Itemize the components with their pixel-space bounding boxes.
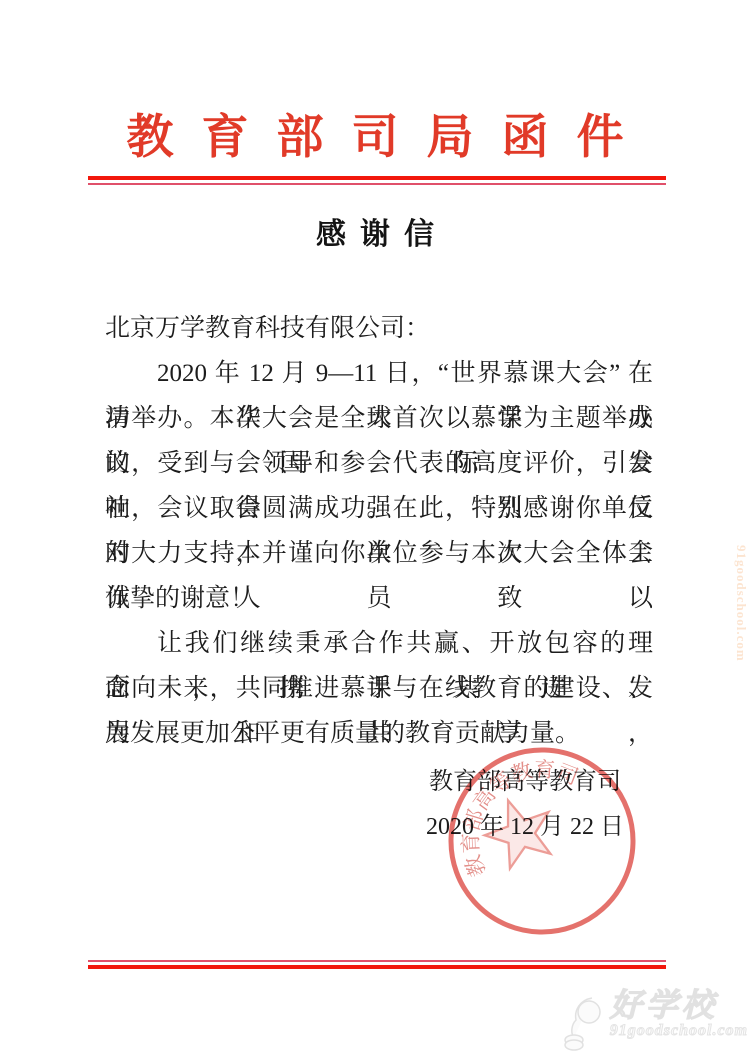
watermark-logo-text: 好学校 (610, 988, 718, 1022)
side-watermark: 91goodschool.com (733, 545, 749, 662)
letter-title: 感谢信 (0, 209, 750, 253)
letter-line: 让我们继续秉承合作共赢、开放包容的理念，携手共进、 (105, 621, 653, 666)
salutation: 北京万学教育科技有限公司： (105, 306, 653, 351)
rule-thick-line (88, 965, 666, 969)
mascot-icon (562, 994, 606, 1052)
letter-line: 议，受到与会领导和参会代表的高度评价，引发社会强烈反 (105, 441, 653, 486)
signature-block: 教育部高等教育司 2020 年 12 月 22 日 (405, 762, 645, 852)
letterhead-title: 教育部司局函件 (0, 100, 750, 167)
footer-double-rule (88, 960, 666, 969)
signature-org: 教育部高等教育司 (405, 762, 645, 807)
header-double-rule (88, 176, 666, 185)
letter-line: 功举办。本次大会是全球首次以慕课为主题举办的国际会 (105, 396, 653, 441)
letter-line: 响，会议取得圆满成功。在此，特别感谢你单位对本次大会 (105, 486, 653, 531)
letter-body: 北京万学教育科技有限公司： 2020 年 12 月 9—11 日，“世界慕课大会… (105, 306, 653, 756)
letter-line: 为发展更加公平更有质量的教育贡献力量。 (105, 711, 653, 756)
rule-thin-line (88, 183, 666, 185)
watermark-site-text: 91goodschool.com (610, 1022, 748, 1040)
corner-watermark: 好学校 91goodschool.com (562, 988, 748, 1052)
letter-line: 2020 年 12 月 9—11 日，“世界慕课大会” 在清华大学成 (105, 351, 653, 396)
signature-date: 2020 年 12 月 22 日 (405, 807, 645, 852)
letter-body-lines: 2020 年 12 月 9—11 日，“世界慕课大会” 在清华大学成功举办。本次… (105, 351, 653, 756)
letter-line: 面向未来，共同推进慕课与在线教育的建设、发展和共享， (105, 666, 653, 711)
letter-page: 教育部司局函件 感谢信 北京万学教育科技有限公司： 2020 年 12 月 9—… (0, 0, 750, 1056)
letter-line: 的大力支持，并谨向你单位参与本次大会全体工作人员致以 (105, 531, 653, 576)
